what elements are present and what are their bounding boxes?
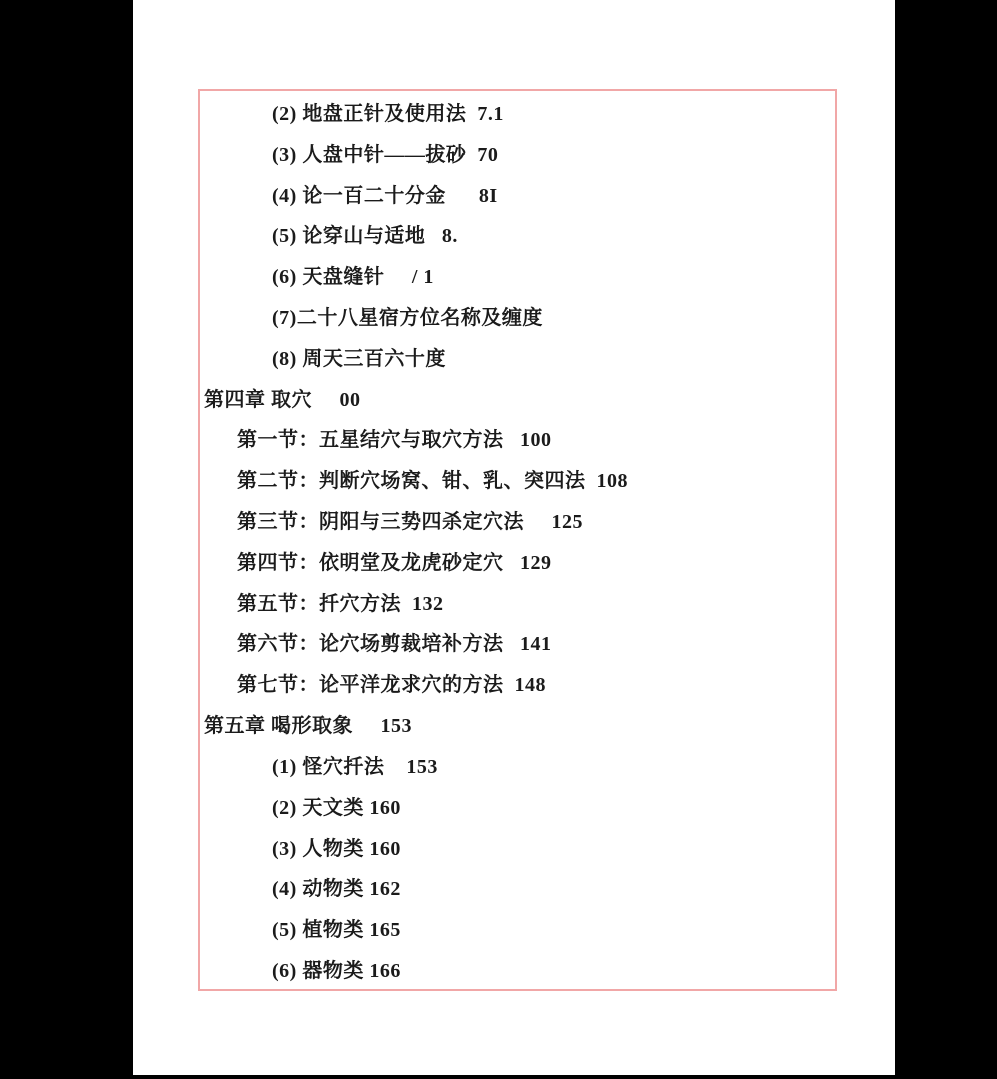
- toc-entry: 第三节：阴阳与三势四杀定穴法 125: [200, 499, 835, 540]
- toc-entry: (8) 周天三百六十度: [200, 336, 835, 377]
- document-page: (2) 地盘正针及使用法 7.1(3) 人盘中针——拔砂 70(4) 论一百二十…: [133, 0, 895, 1075]
- toc-entry: 第一节：五星结穴与取穴方法 100: [200, 418, 835, 459]
- toc-entry: (5) 植物类 165: [200, 907, 835, 948]
- toc-entry: (3) 人物类 160: [200, 826, 835, 867]
- toc-entry: 第七节：论平洋龙求穴的方法 148: [200, 662, 835, 703]
- toc-entry: (6) 天盘缝针 / 1: [200, 254, 835, 295]
- toc-entry: 第五章 喝形取象 153: [200, 703, 835, 744]
- toc-entry: 第五节：扦穴方法 132: [200, 581, 835, 622]
- toc-entry: 第六节：论穴场剪裁培补方法 141: [200, 622, 835, 663]
- toc-entry: (3) 人盘中针——拔砂 70: [200, 132, 835, 173]
- toc-entry: (2) 天文类 160: [200, 785, 835, 826]
- toc-entry: 第四章 取穴 00: [200, 377, 835, 418]
- toc-border-box: (2) 地盘正针及使用法 7.1(3) 人盘中针——拔砂 70(4) 论一百二十…: [198, 89, 837, 991]
- toc-entry: (7)二十八星宿方位名称及缠度: [200, 295, 835, 336]
- toc-entry: (4) 动物类 162: [200, 866, 835, 907]
- toc-entry: 第四节：依明堂及龙虎砂定穴 129: [200, 540, 835, 581]
- toc-entry: (5) 论穿山与适地 8.: [200, 213, 835, 254]
- toc-entry: (2) 地盘正针及使用法 7.1: [200, 91, 835, 132]
- toc-entry: 第二节：判断穴场窝、钳、乳、突四法 108: [200, 458, 835, 499]
- toc-entry: (4) 论一百二十分金 8I: [200, 173, 835, 214]
- toc-entry: (1) 怪穴扦法 153: [200, 744, 835, 785]
- toc-entry: (6) 器物类 166: [200, 948, 835, 989]
